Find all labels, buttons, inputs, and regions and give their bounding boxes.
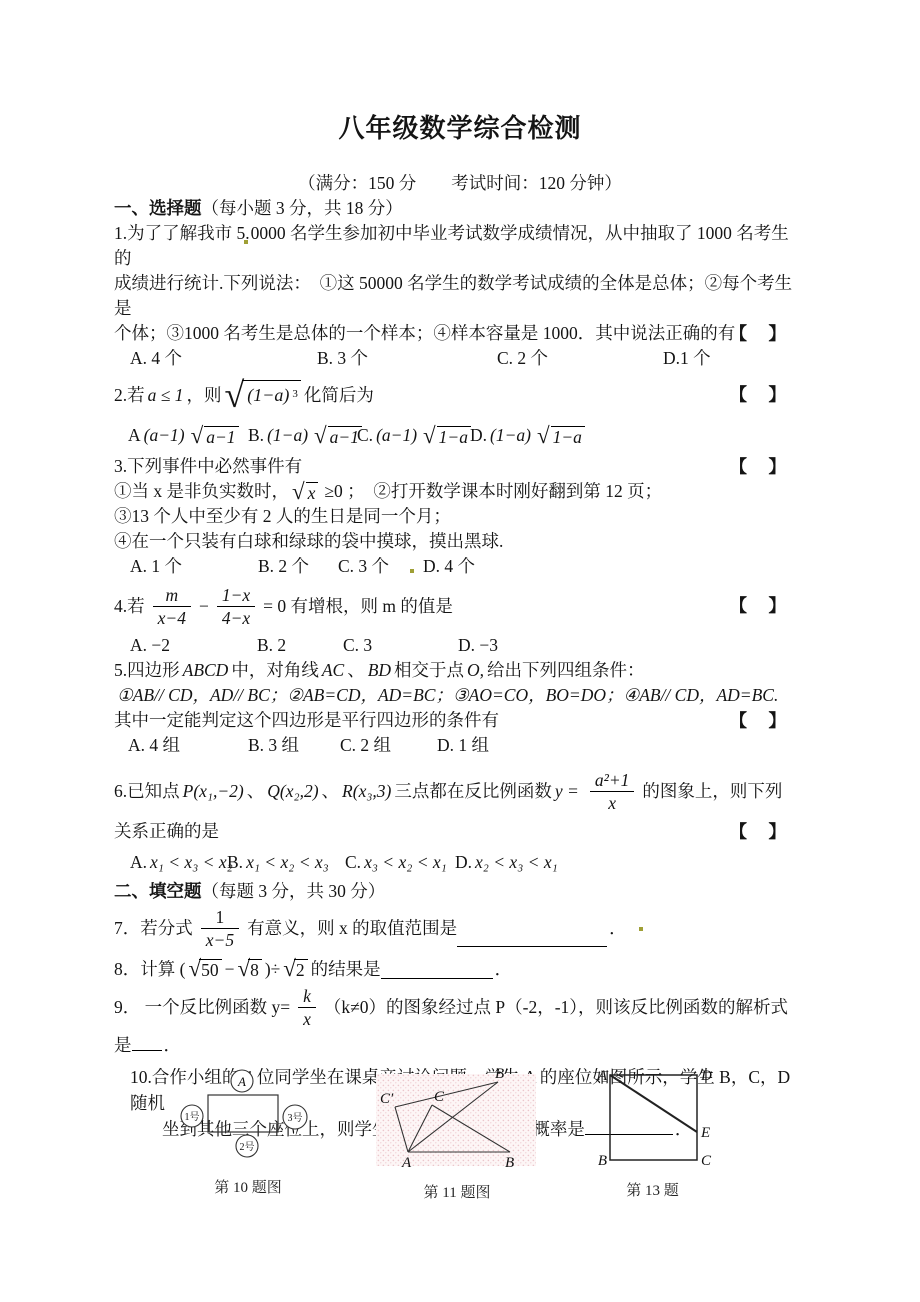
minus-sign: −	[225, 957, 235, 982]
option-d: D. x₂ < x₃ < x₁	[455, 850, 561, 875]
option-d: D. 4 个	[423, 554, 475, 579]
section-1-heading: 一、选择题（每小题 3 分，共 18 分）	[114, 196, 806, 221]
option-c: C. (a−1)√1−a	[357, 423, 470, 448]
radical-sign-icon: √	[314, 426, 327, 446]
point-e-label: E	[700, 1125, 710, 1141]
q2-text-mid: ，则	[186, 383, 221, 408]
page-title: 八年级数学综合检测	[114, 112, 806, 146]
q8-text-end: 的结果是	[311, 957, 381, 982]
answer-bracket: 【 】	[730, 454, 789, 479]
q6-options: A. x₁ < x₃ < x₂ B. x₁ < x₂ < x₃ C. x₃ < …	[114, 850, 806, 875]
seat-1-label: 1号	[185, 1111, 200, 1123]
option-d: D.1 个	[663, 346, 711, 371]
coefficient: (a−1)	[376, 423, 417, 448]
q5-text: 中，对角线	[231, 660, 319, 680]
q7-text-end: 有意义，则 x 的取值范围是	[247, 916, 457, 941]
q5-conditions: ①AB// CD，AD// BC；②AB=CD，AD=BC；③AO=CO，BO=…	[117, 683, 803, 708]
sqrt-expression: √x	[292, 482, 321, 502]
fraction: 1x−5	[198, 907, 242, 950]
vertex-a-label: A	[401, 1155, 412, 1171]
exam-info-line: （满分：150 分 考试时间：120 分钟）	[114, 171, 806, 195]
q9-line1: 9． 一个反比例函数 y= kx （k≠0）的图象经过点 P（-2，-1），则该…	[114, 984, 806, 1030]
denominator: x−5	[201, 928, 239, 950]
radicand: x	[306, 482, 319, 502]
numerator: 1−x	[217, 585, 255, 606]
option-c: C. 3 个	[338, 554, 410, 579]
q3-stem: 3.下列事件中必然事件有 【 】	[114, 454, 806, 479]
radicand: 50	[199, 959, 222, 979]
q5-stem: 5.四边形ABCD中，对角线AC、BD相交于点O,给出下列四组条件：	[114, 658, 806, 683]
option-expr: x₃ < x₂ < x₁	[364, 850, 447, 875]
minus-sign: −	[199, 594, 209, 619]
figure-q11-triangles: A B C C′ B′	[372, 1064, 542, 1172]
option-b: B. 2	[257, 633, 343, 658]
option-b: B. 3 个	[317, 346, 497, 371]
denominator: x	[298, 1007, 316, 1029]
q6-text2: 关系正确的是	[114, 821, 219, 841]
sqrt-expression: √1−a	[423, 426, 474, 446]
q1-line2: 成绩进行统计.下列说法： ①这 50000 名学生的数学考试成绩的全体是总体；②…	[114, 271, 806, 321]
option-d: D. −3	[458, 633, 498, 658]
vertex-a-label: A	[597, 1068, 608, 1084]
option-label: D.	[470, 423, 487, 448]
numerator: k	[298, 986, 316, 1007]
q2-options: A(a−1)√a−1 B. (1−a)√a−1 C. (a−1)√1−a D. …	[114, 423, 806, 448]
sqrt-expression: √a−1	[191, 426, 242, 446]
figure-q11-caption: 第 11 题图	[372, 1181, 542, 1202]
denominator: 4−x	[217, 606, 255, 628]
sqrt-expression: √(1−a)3	[224, 380, 300, 410]
option-a: A. x₁ < x₃ < x₂	[130, 850, 227, 875]
period: ．	[164, 1035, 182, 1055]
q9-text: 9． 一个反比例函数 y=	[114, 995, 290, 1020]
radicand: 8	[248, 959, 262, 979]
separator: 、	[247, 779, 265, 804]
option-label: C.	[357, 423, 373, 448]
fraction: mx−4	[150, 585, 194, 628]
sqrt-expression: √8	[237, 959, 261, 979]
function-lhs: y =	[555, 779, 579, 804]
q7-text: 7．若分式	[114, 916, 193, 941]
q1-text: 1.为了了解我市 5.	[114, 223, 250, 243]
radical-sign-icon: √	[537, 426, 550, 446]
option-label: A.	[130, 850, 147, 875]
vertex-d-label: D	[700, 1068, 712, 1084]
answer-bracket: 【 】	[730, 594, 789, 619]
q4-text-end: = 0 有增根，则 m 的值是	[263, 594, 453, 619]
q6-stem: 6.已知点 P(x₁,−2)、Q(x₂,2)、R(x₃,3) 三点都在反比例函数…	[114, 763, 806, 819]
figure-q10-seats: A 1号 3号 2号	[178, 1063, 318, 1163]
q4-options: A. −2 B. 2 C. 3 D. −3	[114, 633, 806, 658]
square-abcd	[610, 1075, 697, 1160]
q5-text-end: 其中一定能判定这个四边形是平行四边形的条件有	[114, 710, 499, 730]
q6-text-end: 的图象上，则下列	[642, 779, 782, 804]
option-a: A. 1 个	[130, 554, 258, 579]
section-2-heading: 二、填空题（每题 3 分，共 30 分）	[114, 879, 806, 904]
option-b: B. x₁ < x₂ < x₃	[227, 850, 345, 875]
separator: 、	[322, 779, 340, 804]
section-1-note: （每小题 3 分，共 18 分）	[202, 198, 403, 218]
fraction: kx	[295, 986, 319, 1029]
q3-item1-text: ①当 x 是非负实数时，	[114, 479, 289, 504]
option-d: D. 1 组	[437, 733, 489, 758]
q3-text: 3.下列事件中必然事件有	[114, 456, 302, 476]
figure-q13-caption: 第 13 题	[585, 1179, 720, 1200]
coefficient: (a−1)	[144, 423, 185, 448]
radical-sign-icon: √	[423, 426, 436, 446]
radical-sign-icon: √	[191, 426, 204, 446]
option-expr: x₂ < x₃ < x₁	[475, 850, 558, 875]
answer-bracket: 【 】	[730, 321, 789, 346]
seat-2-label: 2号	[240, 1141, 255, 1153]
period: ．	[495, 957, 513, 982]
q6-text: 6.已知点	[114, 779, 180, 804]
option-label: A	[128, 423, 141, 448]
coefficient: (1−a)	[490, 423, 531, 448]
q2-text-end: 化简后为	[304, 383, 374, 408]
figure-q13-square: A D B C E	[585, 1058, 720, 1170]
q5-text: 5.四边形	[114, 660, 180, 680]
q3-item1-text2: ≥0 ； ②打开数学课本时刚好翻到第 12 页；	[324, 479, 662, 504]
exam-content: 八年级数学综合检测 （满分：150 分 考试时间：120 分钟） 一、选择题（每…	[114, 112, 806, 1142]
fraction: 1−x4−x	[214, 585, 258, 628]
answer-blank	[132, 1036, 162, 1051]
option-a: A. 4 个	[130, 346, 317, 371]
q2-condition: a ≤ 1	[148, 383, 184, 408]
option-label: D.	[455, 850, 472, 875]
answer-blank	[457, 932, 607, 947]
point-o: O,	[467, 660, 484, 680]
vertex-b-label: B	[505, 1155, 514, 1171]
exam-page: 八年级数学综合检测 （满分：150 分 考试时间：120 分钟） 一、选择题（每…	[0, 0, 920, 1302]
q9-text2: 是	[114, 1035, 132, 1055]
seat-3-label: 3号	[288, 1112, 303, 1124]
vertex-c-label: C	[701, 1153, 712, 1169]
section-2-note: （每题 3 分，共 30 分）	[202, 881, 386, 901]
option-a: A. −2	[130, 633, 257, 658]
q7-stem: 7．若分式 1x−5 有意义，则 x 的取值范围是 ．	[114, 904, 806, 952]
answer-bracket: 【 】	[730, 383, 789, 408]
q1-line1: 1.为了了解我市 5.0000 名学生参加初中毕业考试数学成绩情况，从中抽取了 …	[114, 221, 806, 271]
radicand: a−1	[204, 426, 238, 446]
option-label: B.	[248, 423, 264, 448]
coefficient: (1−a)	[267, 423, 308, 448]
q5-text: 相交于点	[394, 660, 464, 680]
vertex-c-prime-label: C′	[380, 1091, 394, 1107]
answer-bracket: 【 】	[730, 708, 789, 733]
q2-stem: 2.若 a ≤ 1 ，则 √(1−a)3 化简后为 【 】	[114, 377, 806, 413]
q5-stem2: 其中一定能判定这个四边形是平行四边形的条件有 【 】	[114, 708, 806, 733]
seat-a-label: A	[237, 1074, 246, 1089]
figure-q10-caption: 第 10 题图	[178, 1176, 318, 1197]
radical-sign-icon: √	[292, 482, 305, 502]
q9-text-end: （k≠0）的图象经过点 P（-2，-1），则该反比例函数的解析式	[324, 995, 788, 1020]
option-c: C. 2 组	[340, 733, 437, 758]
q4-text: 4.若	[114, 594, 145, 619]
sqrt-expression: √50	[188, 959, 221, 979]
option-label: B.	[227, 850, 243, 875]
q9-line2: 是．	[114, 1033, 806, 1058]
option-d: D. (1−a)√1−a	[470, 423, 591, 448]
q5-options: A. 4 组 B. 3 组 C. 2 组 D. 1 组	[114, 733, 806, 758]
q1-options: A. 4 个 B. 3 个 C. 2 个 D.1 个	[114, 346, 806, 371]
answer-bracket: 【 】	[730, 819, 789, 844]
radicand: 2	[294, 959, 308, 979]
option-b: B. 2 个	[258, 554, 338, 579]
section-2-label: 二、填空题	[114, 881, 202, 901]
sqrt-expression: √1−a	[537, 426, 588, 446]
vertex-b-label: B	[598, 1153, 607, 1169]
q8-operator: )÷	[265, 957, 280, 982]
vertex-c-label: C	[434, 1089, 445, 1105]
option-b: B. (1−a)√a−1	[248, 423, 357, 448]
vertex-b-prime-label: B′	[495, 1066, 508, 1082]
desk-rectangle	[208, 1095, 278, 1132]
q6-text-mid: 三点都在反比例函数	[394, 779, 552, 804]
option-b: B. 3 组	[248, 733, 340, 758]
numerator: a²+1	[590, 770, 635, 791]
highlight-dot-icon	[639, 927, 643, 931]
option-label: C.	[345, 850, 361, 875]
q3-options: A. 1 个 B. 2 个 C. 3 个 D. 4 个	[114, 554, 806, 579]
option-a: A(a−1)√a−1	[128, 423, 248, 448]
diagonal-ac: AC	[322, 660, 344, 680]
fraction: a²+1x	[587, 770, 638, 813]
radicand: 1−a	[437, 426, 471, 446]
q6-line2: 关系正确的是 【 】	[114, 819, 806, 844]
denominator: x−4	[153, 606, 191, 628]
q1-line3: 个体；③1000 名考生是总体的一个样本；④样本容量是 1000．其中说法正确的…	[114, 321, 806, 346]
option-c: C. 3	[343, 633, 458, 658]
numerator: m	[153, 585, 191, 606]
q2-text: 2.若	[114, 383, 145, 408]
option-c: C. 2 个	[497, 346, 663, 371]
q3-item1: ①当 x 是非负实数时， √x ≥0 ； ②打开数学课本时刚好翻到第 12 页；	[114, 479, 806, 504]
section-1-label: 一、选择题	[114, 198, 202, 218]
quad-name: ABCD	[183, 660, 229, 680]
radicand: (1−a)	[247, 385, 289, 405]
point-q: Q(x₂,2)	[267, 779, 318, 804]
q5-text: 给出下列四组条件：	[487, 660, 645, 680]
q8-text: 8．计算 (	[114, 957, 185, 982]
q5-text: 、	[347, 660, 365, 680]
point-p: P(x₁,−2)	[183, 779, 244, 804]
answer-blank	[381, 964, 493, 979]
q3-item2: ③13 个人中至少有 2 人的生日是同一个月；	[114, 504, 806, 529]
exponent: 3	[292, 388, 298, 400]
period: ．	[609, 916, 627, 941]
q3-item3: ④在一个只装有白球和绿球的袋中摸球，摸出黑球.	[114, 529, 806, 554]
highlight-dot-icon	[244, 240, 248, 244]
denominator: x	[590, 791, 635, 813]
numerator: 1	[198, 907, 242, 928]
radicand: 1−a	[551, 426, 585, 446]
option-expr: x₁ < x₂ < x₃	[246, 850, 329, 875]
diagonal-bd: BD	[368, 660, 391, 680]
point-r: R(x₃,3)	[342, 779, 391, 804]
segment-ae	[610, 1075, 697, 1132]
q1-text-end: 个体；③1000 名考生是总体的一个样本；④样本容量是 1000．其中说法正确的…	[114, 323, 735, 343]
option-c: C. x₃ < x₂ < x₁	[345, 850, 455, 875]
q8-stem: 8．计算 ( √50 − √8 )÷ √2 的结果是 ．	[114, 954, 806, 984]
highlight-dot-icon	[410, 569, 414, 573]
sqrt-expression: √2	[283, 959, 307, 979]
option-a: A. 4 组	[128, 733, 248, 758]
q4-stem: 4.若 mx−4 − 1−x4−x = 0 有增根，则 m 的值是 【 】	[114, 582, 806, 630]
option-expr: x₁ < x₃ < x₂	[150, 850, 233, 875]
